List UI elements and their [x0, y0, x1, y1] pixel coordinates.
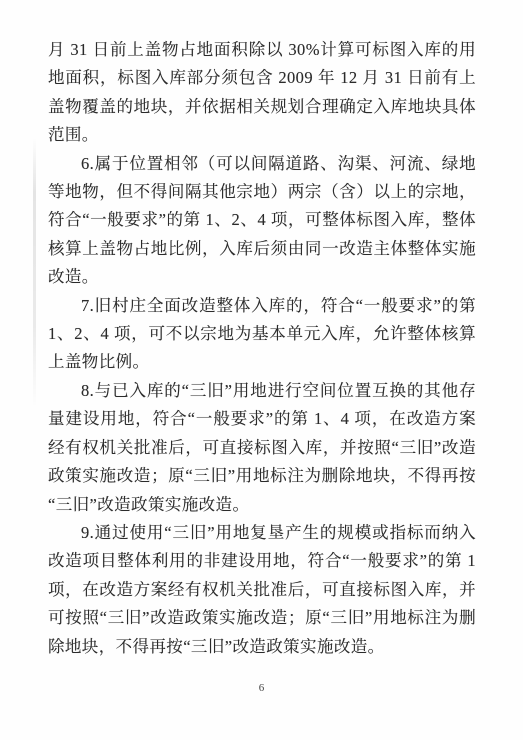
body-text: 月 31 日前上盖物占地面积除以 30%计算可标图入库的用地面积，标图入库部分须… [48, 36, 476, 661]
scan-edge-artifact [33, 138, 36, 408]
paragraph-item-6: 6.属于位置相邻（可以间隔道路、沟渠、河流、绿地等地物，但不得间隔其他宗地）两宗… [48, 150, 476, 292]
paragraph-item-8: 8.与已入库的“三旧”用地进行空间位置互换的其他存量建设用地，符合“一般要求”的… [48, 377, 476, 519]
document-page: 月 31 日前上盖物占地面积除以 30%计算可标图入库的用地面积，标图入库部分须… [0, 0, 523, 740]
paragraph-continuation: 月 31 日前上盖物占地面积除以 30%计算可标图入库的用地面积，标图入库部分须… [48, 36, 476, 150]
paragraph-item-7: 7.旧村庄全面改造整体入库的，符合“一般要求”的第 1、2、4 项，可不以宗地为… [48, 292, 476, 377]
page-number: 6 [0, 682, 523, 694]
paragraph-item-9: 9.通过使用“三旧”用地复垦产生的规模或指标而纳入改造项目整体利用的非建设用地，… [48, 519, 476, 661]
